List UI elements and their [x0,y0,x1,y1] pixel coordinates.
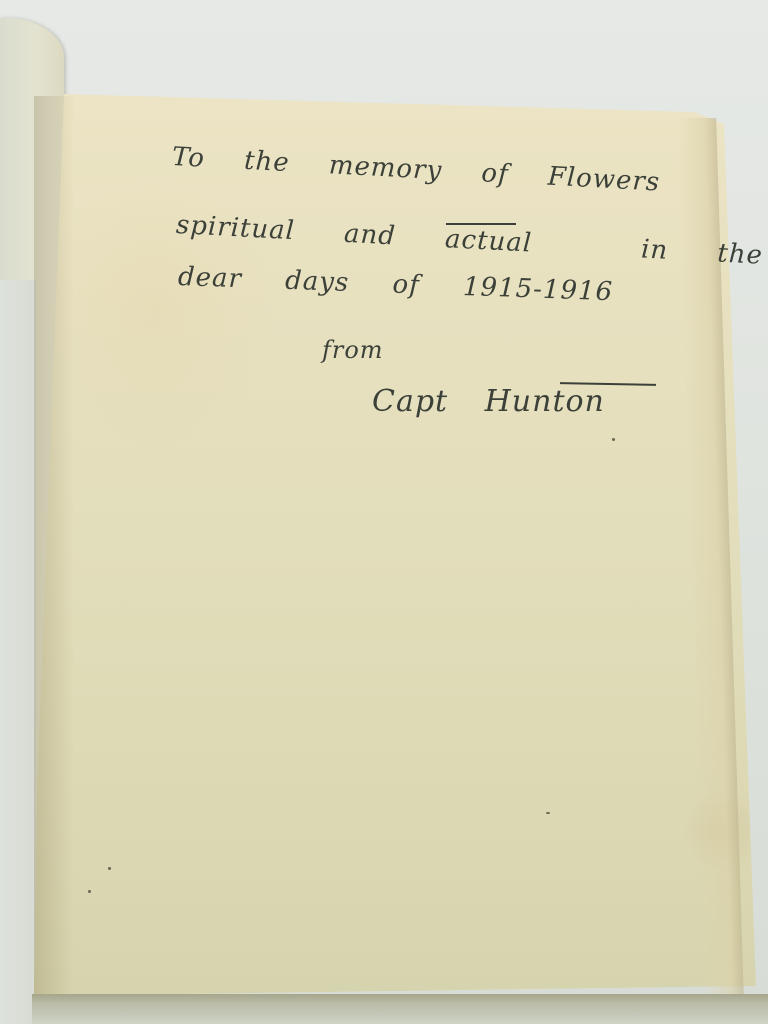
paper-speck [612,438,615,441]
paper-speck [88,890,91,893]
inscription-line-2-suffix: in the [640,234,763,270]
signature: Capt Hunton [372,384,605,419]
paper-speck [546,812,550,814]
left-page-edge [0,280,36,1024]
inscription-from: from [322,336,384,364]
book-cover-edge [32,994,768,1024]
underline-mark [446,223,516,225]
paper-speck [108,867,111,870]
